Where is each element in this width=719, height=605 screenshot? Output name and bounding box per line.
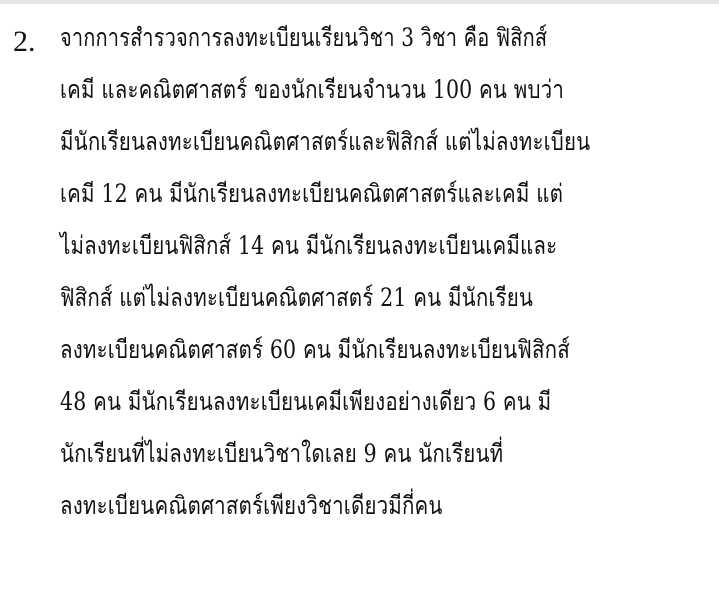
problem-line: ไม่ลงทะเบียนฟิสิกส์ 14 คน มีนักเรียนลงทะ…: [60, 226, 557, 266]
problem-line: ลงทะเบียนคณิตศาสตร์เพียงวิชาเดียวมีกี่คน: [60, 486, 443, 526]
problem-line: เคมี 12 คน มีนักเรียนลงทะเบียนคณิตศาสตร์…: [60, 174, 563, 214]
problem-line: จากการสำรวจการลงทะเบียนเรียนวิชา 3 วิชา …: [60, 18, 547, 58]
problem-line: นักเรียนที่ไม่ลงทะเบียนวิชาใดเลย 9 คน นั…: [60, 434, 503, 474]
problem-line: มีนักเรียนลงทะเบียนคณิตศาสตร์และฟิสิกส์ …: [60, 122, 590, 162]
problem-line: เคมี และคณิตศาสตร์ ของนักเรียนจำนวน 100 …: [60, 70, 564, 110]
problem-line: ลงทะเบียนคณิตศาสตร์ 60 คน มีนักเรียนลงทะ…: [60, 330, 570, 370]
math-problem: 2. จากการสำรวจการลงทะเบียนเรียนวิชา 3 วิ…: [0, 0, 719, 605]
problem-number: 2.: [13, 22, 36, 62]
problem-line: 48 คน มีนักเรียนลงทะเบียนเคมีเพียงอย่างเ…: [60, 382, 551, 422]
problem-line: ฟิสิกส์ แต่ไม่ลงทะเบียนคณิตศาสตร์ 21 คน …: [60, 278, 533, 318]
